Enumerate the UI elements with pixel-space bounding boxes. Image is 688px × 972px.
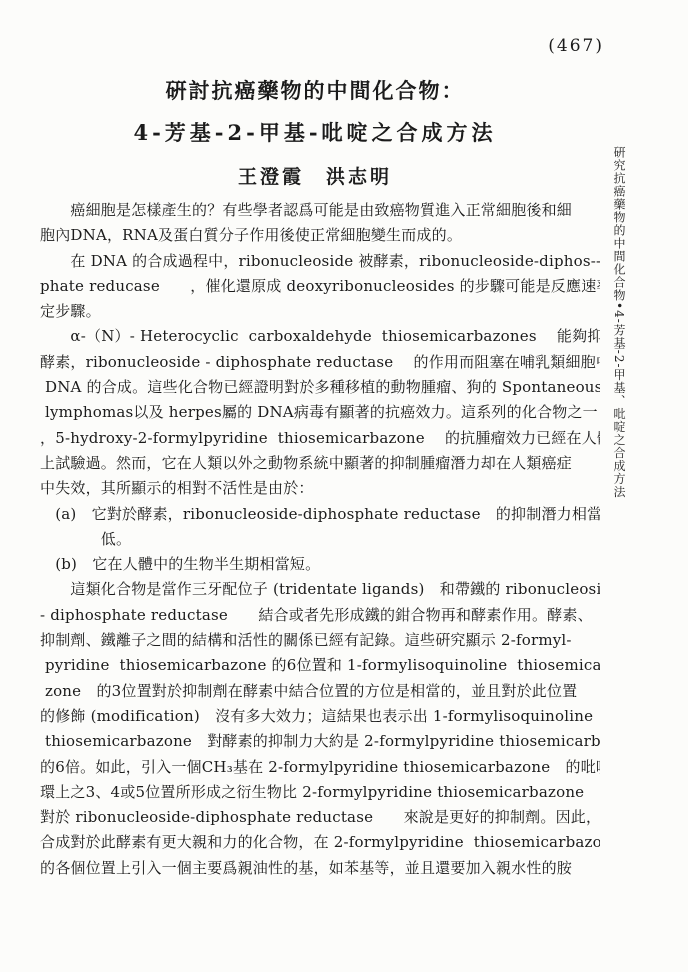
paper-title-line-1: 硏討抗癌藥物的中間化合物： [0,76,630,106]
authors: 王澄霞 洪志明 [0,162,630,189]
list-item-a: (a) 它對於酵素，ribonucleoside-diphosphate red… [40,502,600,527]
body-text: 癌細胞是怎樣產生的？有些學者認爲可能是由致癌物質進入正常細胞後和細 胞內DNA，… [40,198,600,881]
text-line: 的6倍。如此，引入一個CH₃基在 2-formylpyridine thiose… [40,755,600,780]
text-line: phate reducase ，催化還原成 deoxyribonucleosid… [40,274,600,299]
text-line: 癌細胞是怎樣產生的？有些學者認爲可能是由致癌物質進入正常細胞後和細 [40,198,600,223]
text-line: 酵素，ribonucleoside - diphosphate reductas… [40,350,600,375]
text-line: zone 的3位置對於抑制劑在酵素中結合位置的方位是相當的，並且對於此位置 [40,679,600,704]
paper-title-line-2: 4-芳基-2-甲基-吡啶之合成方法 [0,118,630,148]
text-line: ，5-hydroxy-2-formylpyridine thiosemicarb… [40,426,600,451]
list-item-b: (b) 它在人體中的生物半生期相當短。 [40,552,600,577]
text-line: DNA 的合成。這些化合物已經證明對於多種移植的動物腫瘤、狗的 Spontane… [40,375,600,400]
text-line: 胞內DNA，RNA及蛋白質分子作用後使正常細胞變生而成的。 [40,223,600,248]
text-line: lymphomas以及 herpes屬的 DNA病毒有顯著的抗癌效力。這系列的化… [40,400,600,425]
list-item-a-continued: 低。 [40,527,600,552]
text-line: 中失效，其所顯示的相對不活性是由於： [40,476,600,501]
text-line: 在 DNA 的合成過程中，ribonucleoside 被酵素，ribonucl… [40,249,600,274]
page-number: (467) [548,36,604,56]
text-line: 這類化合物是當作三牙配位子 (tridentate ligands) 和帶鐵的 … [40,577,600,602]
text-line: 的各個位置上引入一個主要爲親油性的基，如苯基等，並且還要加入親水性的胺 [40,856,600,881]
title-block: 硏討抗癌藥物的中間化合物： 4-芳基-2-甲基-吡啶之合成方法 [0,76,630,148]
vertical-running-title: 硏究抗癌藥物的中間化合物•4-芳基-2-甲基、吡啶之合成方法 [611,146,628,566]
text-line: 對於 ribonucleoside-diphosphate reductase … [40,805,600,830]
text-line: 合成對於此酵素有更大親和力的化合物，在 2-formylpyridine thi… [40,830,600,855]
text-line: - diphosphate reductase 結合或者先形成鐵的鉗合物再和酵素… [40,603,600,628]
text-line: 抑制劑、鐵離子之間的結構和活性的關係已經有記錄。這些硏究顯示 2-formyl- [40,628,600,653]
text-line: 的修飾 (modification) 沒有多大效力；這結果也表示出 1-form… [40,704,600,729]
text-line: pyridine thiosemicarbazone 的6位置和 1-formy… [40,653,600,678]
text-line: α-（N）- Heterocyclic carboxaldehyde thios… [40,324,600,349]
text-line: 環上之3、4或5位置所形成之衍生物比 2-formylpyridine thio… [40,780,600,805]
text-line: 上試驗過。然而，它在人類以外之動物系統中顯著的抑制腫瘤潛力却在人類癌症 [40,451,600,476]
text-line: thiosemicarbazone 對酵素的抑制力大約是 2-formylpyr… [40,729,600,754]
scanned-paper-page: (467) 硏討抗癌藥物的中間化合物： 4-芳基-2-甲基-吡啶之合成方法 王澄… [0,0,688,972]
text-line: 定步驟。 [40,299,600,324]
